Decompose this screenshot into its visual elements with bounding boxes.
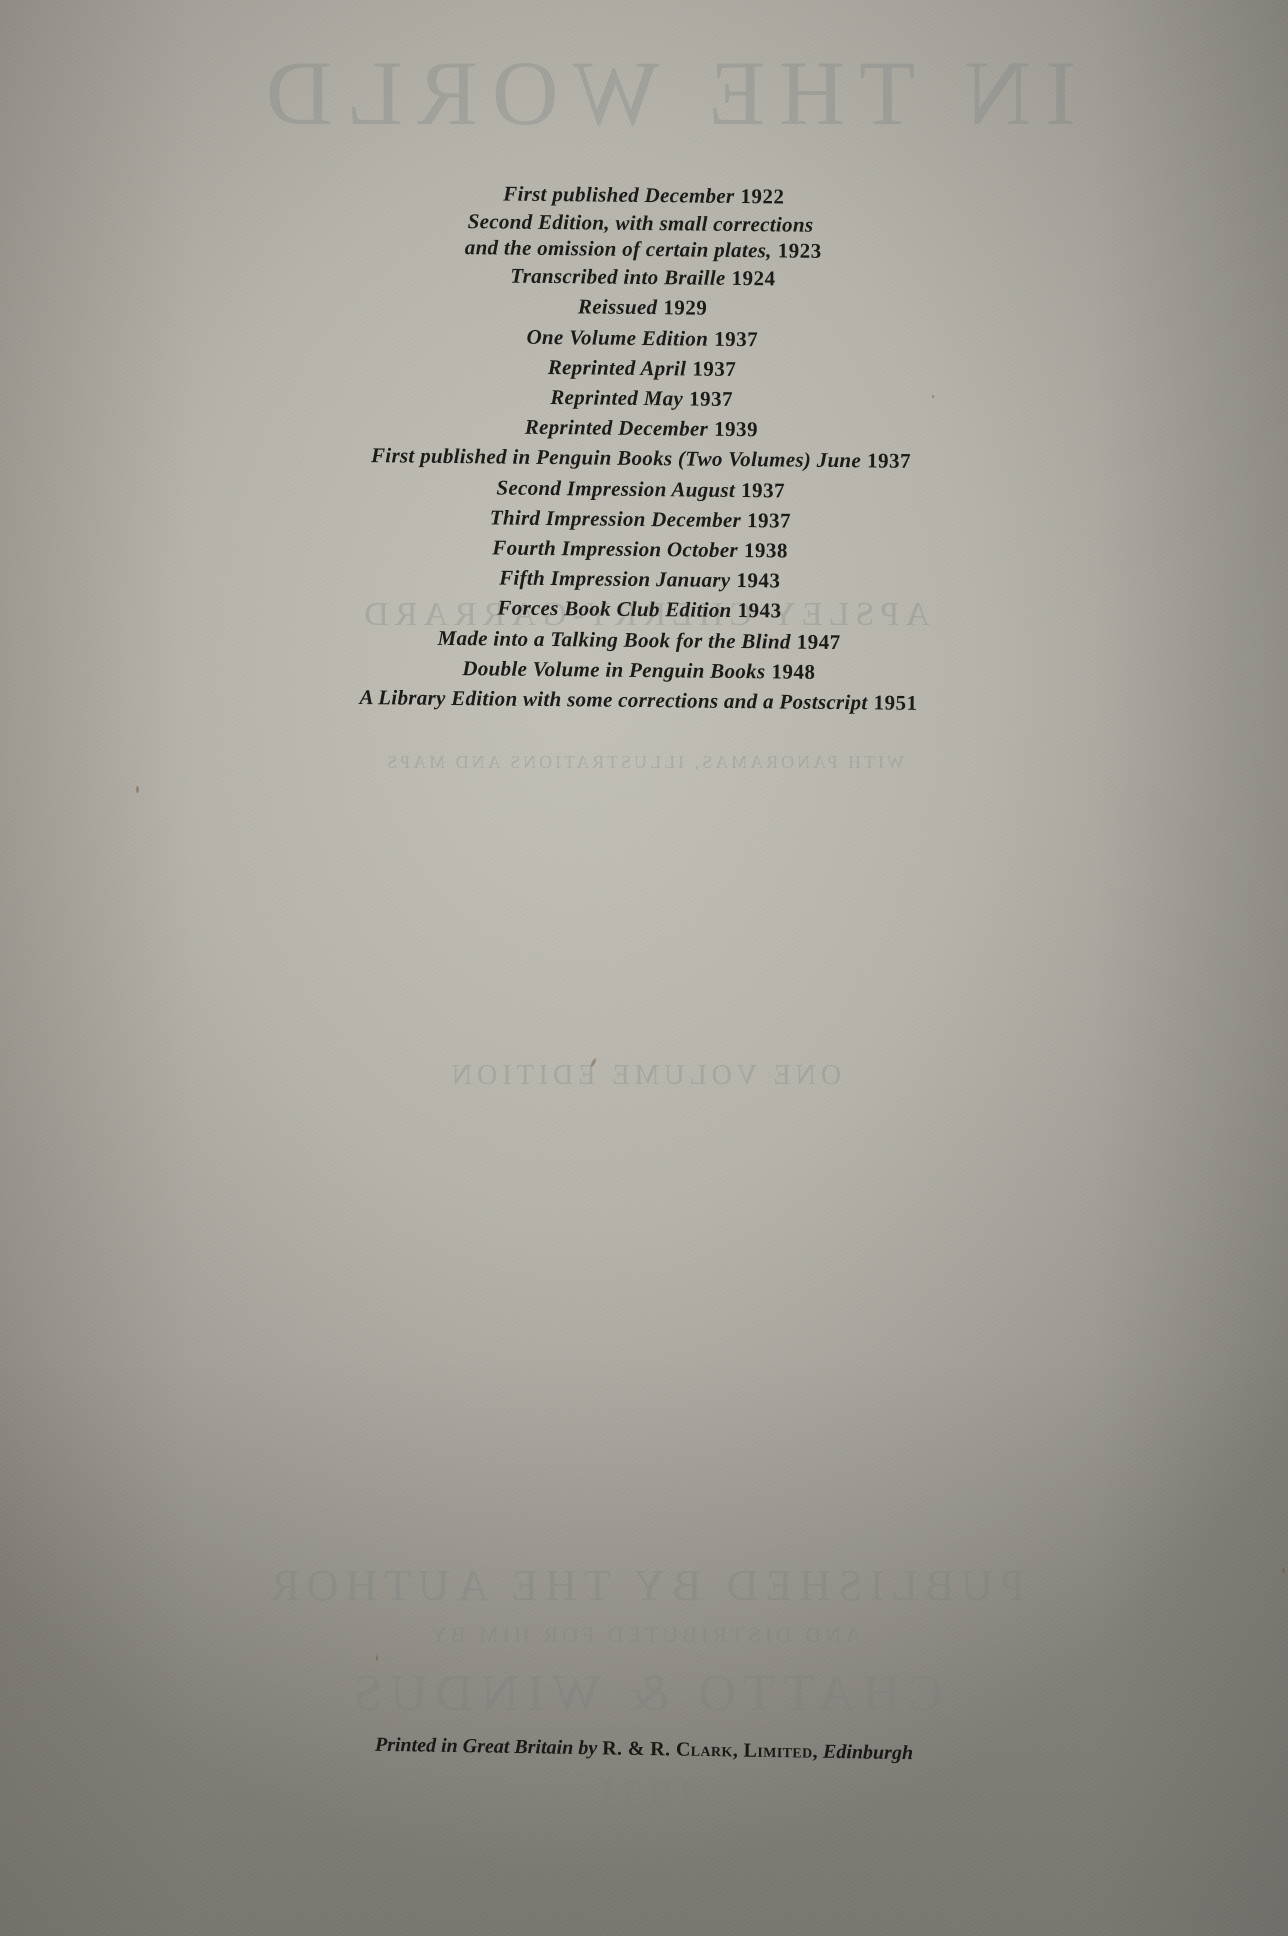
showthrough-title: IN THE WORLD [20, 40, 1288, 146]
showthrough-distributed: AND DISTRIBUTED FOR HIM BY [0, 1622, 1288, 1648]
foxing-speck [376, 1655, 378, 1661]
publication-history: First published December1922 Second Edit… [0, 173, 1288, 722]
showthrough-edition: ONE VOLUME EDITION [0, 1060, 1288, 1092]
showthrough-publisher: CHATTO & WINDUS [0, 1664, 1288, 1723]
showthrough-published: PUBLISHED BY THE AUTHOR [0, 1560, 1288, 1611]
printer-place: Edinburgh [823, 1741, 913, 1764]
showthrough-year: 1951 [0, 1770, 1288, 1817]
foxing-speck [1282, 1568, 1285, 1573]
printer-prefix: Printed in Great Britain by [375, 1734, 598, 1759]
foxing-speck [136, 786, 139, 793]
foxing-speck [590, 1058, 597, 1067]
showthrough-illustrations: WITH PANORAMAS, ILLUSTRATIONS AND MAPS [0, 752, 1288, 773]
printer-imprint: Printed in Great Britain by R. & R. Clar… [0, 1728, 1288, 1771]
printer-name: R. & R. Clark, Limited, [602, 1737, 818, 1762]
